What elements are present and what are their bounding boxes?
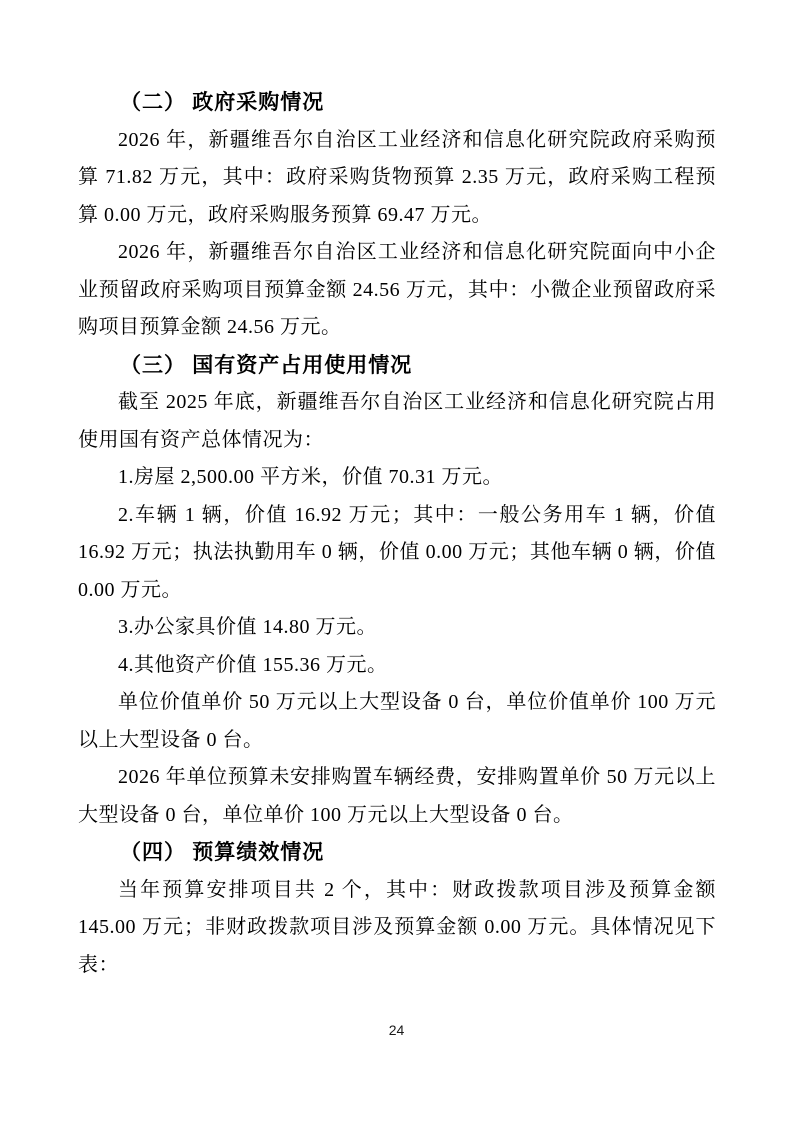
- paragraph-assets-overview: 截至 2025 年底，新疆维吾尔自治区工业经济和信息化研究院占用使用国有资产总体…: [78, 384, 716, 459]
- paragraph-budget-performance-projects: 当年预算安排项目共 2 个，其中：财政拨款项目涉及预算金额 145.00 万元；…: [78, 872, 716, 985]
- paragraph-large-equipment: 单位价值单价 50 万元以上大型设备 0 台，单位价值单价 100 万元以上大型…: [78, 684, 716, 759]
- section-heading-state-owned-assets: （三） 国有资产占用使用情况: [78, 347, 716, 385]
- paragraph-asset-item-other-assets: 4.其他资产价值 155.36 万元。: [78, 647, 716, 685]
- document-content: （二） 政府采购情况 2026 年，新疆维吾尔自治区工业经济和信息化研究院政府采…: [78, 84, 716, 984]
- paragraph-asset-item-housing: 1.房屋 2,500.00 平方米，价值 70.31 万元。: [78, 459, 716, 497]
- page-number: 24: [0, 1022, 793, 1038]
- paragraph-procurement-budget: 2026 年，新疆维吾尔自治区工业经济和信息化研究院政府采购预算 71.82 万…: [78, 122, 716, 235]
- paragraph-sme-reserved-procurement: 2026 年，新疆维吾尔自治区工业经济和信息化研究院面向中小企业预留政府采购项目…: [78, 234, 716, 347]
- paragraph-vehicle-purchase-plan: 2026 年单位预算未安排购置车辆经费，安排购置单价 50 万元以上大型设备 0…: [78, 759, 716, 834]
- section-heading-government-procurement: （二） 政府采购情况: [78, 84, 716, 122]
- document-page: （二） 政府采购情况 2026 年，新疆维吾尔自治区工业经济和信息化研究院政府采…: [0, 0, 793, 1122]
- paragraph-asset-item-office-furniture: 3.办公家具价值 14.80 万元。: [78, 609, 716, 647]
- paragraph-asset-item-vehicles: 2.车辆 1 辆，价值 16.92 万元；其中：一般公务用车 1 辆，价值 16…: [78, 497, 716, 610]
- section-heading-budget-performance: （四） 预算绩效情况: [78, 834, 716, 872]
